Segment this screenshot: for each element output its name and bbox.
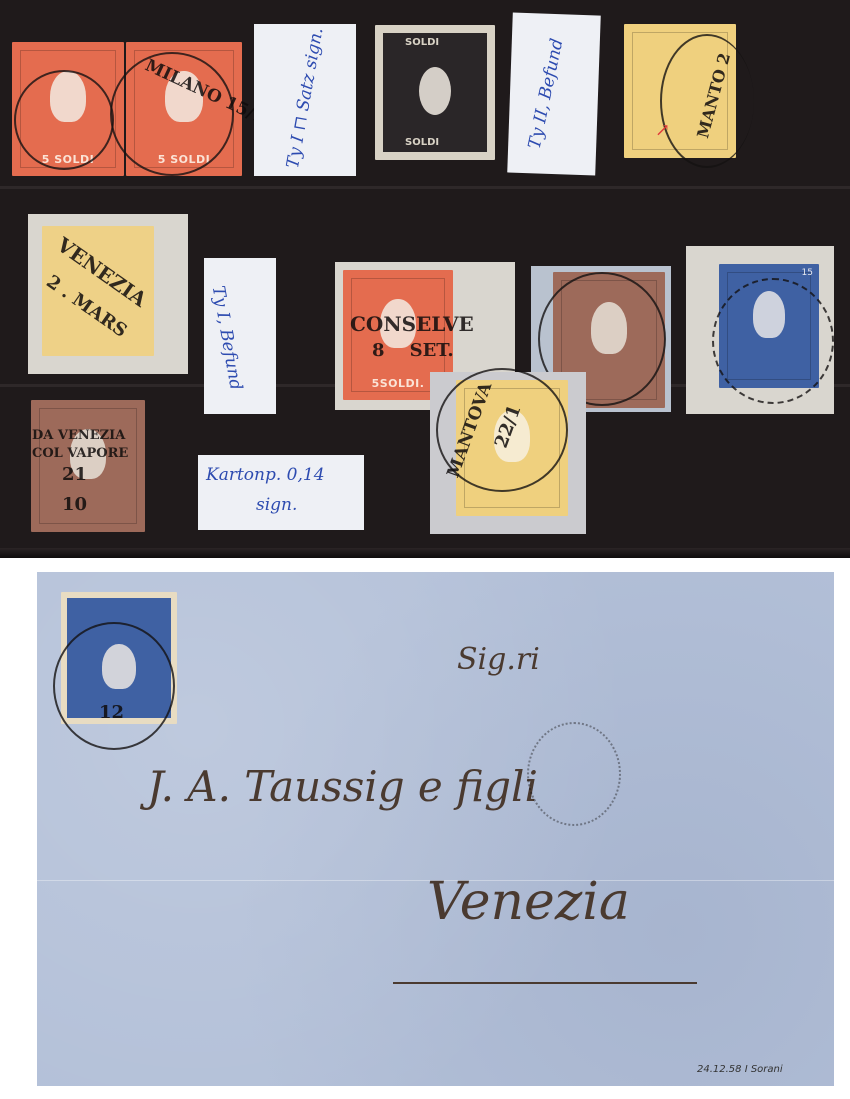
postal-cover: 12 Sig.ri J. A. Taussig e figli Venezia …	[37, 572, 834, 1086]
stock-card: 5 SOLDI 5 SOLDI MILANO 15/1 Ty I ⊓ Satz …	[0, 0, 850, 556]
postmark	[53, 622, 175, 750]
stamp-black-3-soldi: SOLDI SOLDI	[375, 25, 495, 160]
card-edge	[0, 548, 850, 558]
stamp-brown-vapore	[31, 400, 145, 532]
address-salutation: Sig.ri	[457, 642, 540, 677]
postmark-text: 10	[62, 494, 87, 515]
stamp-label-bottom: SOLDI	[405, 137, 439, 148]
expert-note: Ty I ⊓ Satz sign.	[254, 24, 356, 176]
postmark	[712, 278, 834, 404]
note-text: Ty II, Befund	[525, 37, 568, 151]
postmark-text: 21	[62, 464, 87, 485]
note-text: Kartonp. 0,14	[206, 465, 325, 485]
postmark	[14, 70, 114, 170]
expert-note: Ty II, Befund	[507, 13, 601, 176]
expert-note: Ty I, Befund	[204, 258, 276, 414]
stamp-corner-value: 15	[802, 268, 813, 278]
note-text: Ty I ⊓ Satz sign.	[283, 26, 327, 170]
postmark-text: DA VENEZIA	[32, 428, 125, 443]
pencil-notation: 24.12.58 I Sorani	[697, 1064, 783, 1075]
stamp-label-top: SOLDI	[405, 37, 439, 48]
postmark-text: CONSELVE	[350, 312, 474, 336]
address-recipient: J. A. Taussig e figli	[147, 762, 538, 811]
note-text: Ty I, Befund	[208, 284, 246, 391]
address-underline	[393, 982, 697, 984]
note-text: sign.	[256, 495, 297, 515]
red-arrow-mark: ↗	[655, 120, 670, 141]
expert-note: Kartonp. 0,14 sign.	[198, 455, 364, 530]
postmark-date: 12	[99, 702, 124, 723]
faint-postmark	[527, 722, 621, 826]
card-strip	[0, 186, 850, 189]
postmark-text: 8 SET.	[372, 340, 454, 361]
postmark-text: COL VAPORE	[32, 446, 128, 461]
address-city: Venezia	[427, 872, 630, 932]
